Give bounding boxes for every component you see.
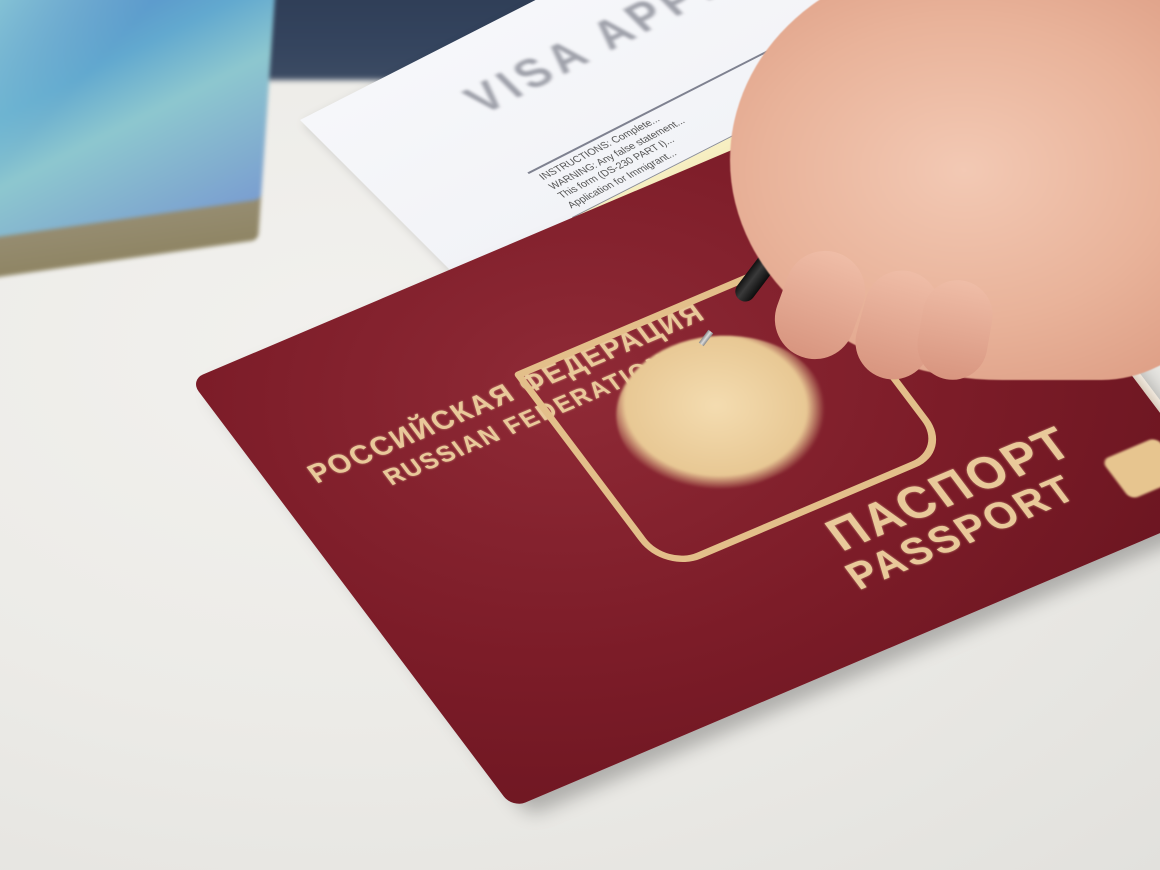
photo-scene: VISA APPLICATION INSTRUCTIONS: Complete.…: [0, 0, 1160, 870]
notebook: [0, 0, 278, 244]
biometric-chip-icon: [1101, 437, 1160, 500]
